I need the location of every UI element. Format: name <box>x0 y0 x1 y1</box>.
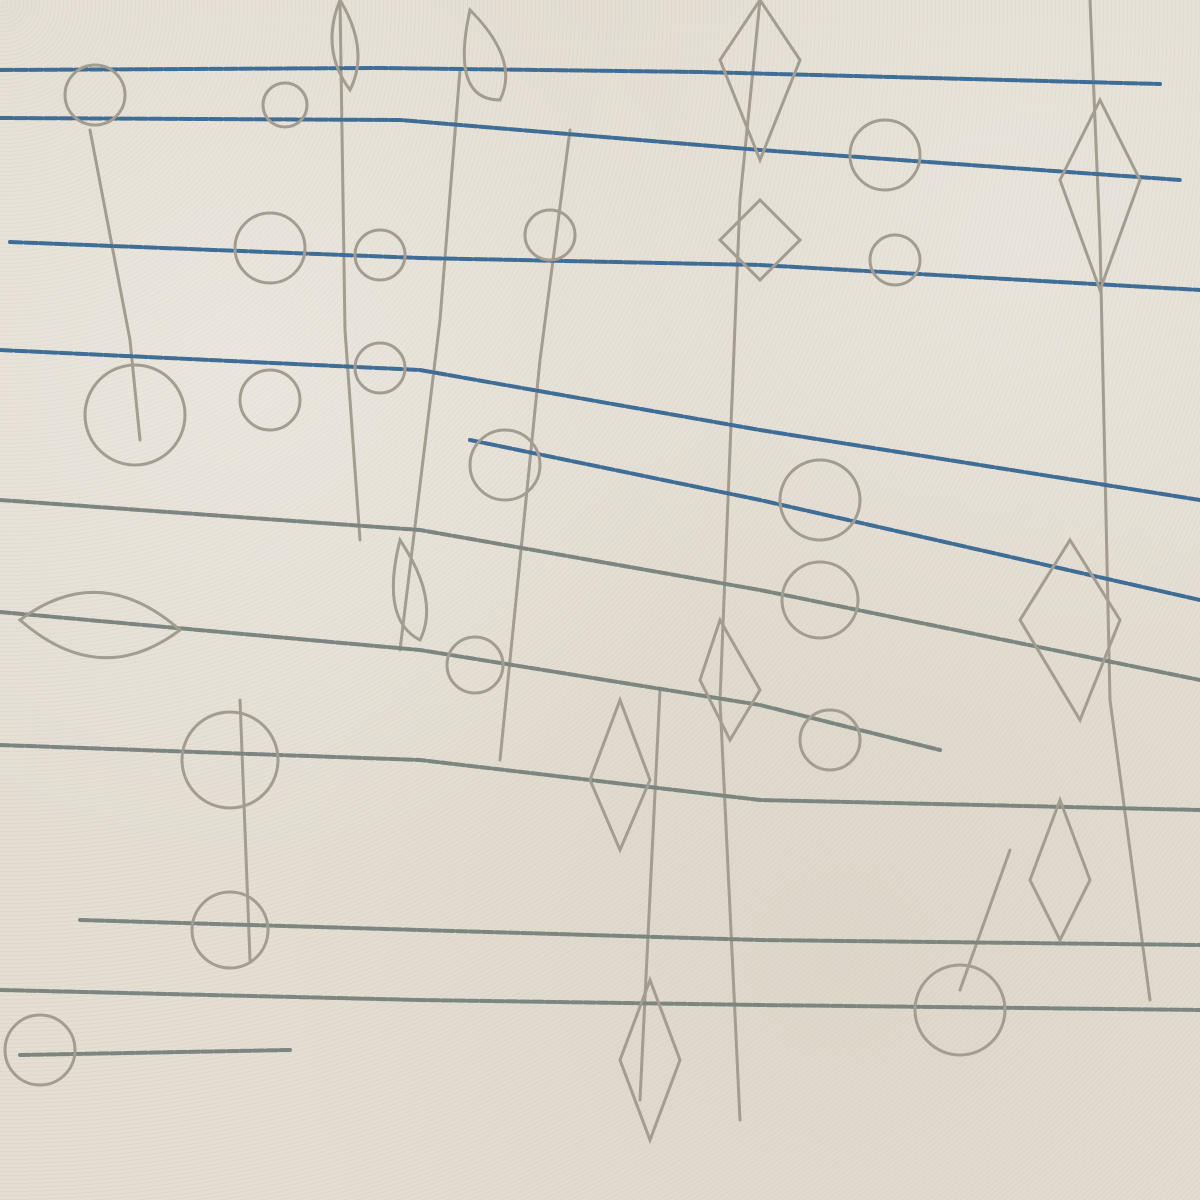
diamond-motif <box>1030 800 1090 940</box>
circle-motif <box>5 1015 75 1085</box>
diamond-motif <box>720 200 800 280</box>
stem-line <box>640 690 660 1100</box>
circle-motif <box>850 120 920 190</box>
grey-stitch-line <box>0 500 1200 680</box>
leaf-motif <box>393 540 426 640</box>
diamond-motif <box>1020 540 1120 720</box>
leaf-motif <box>464 10 505 100</box>
circle-motif <box>65 65 125 125</box>
circle-motif <box>782 562 858 638</box>
circle-motif <box>780 460 860 540</box>
circle-motif <box>240 370 300 430</box>
stem-line <box>1090 0 1150 1000</box>
circle-motif <box>182 712 278 808</box>
blue-stitch-line <box>0 350 1200 500</box>
blue-stitch-line <box>0 118 1180 180</box>
circle-motif <box>915 965 1005 1055</box>
circle-motif <box>870 235 920 285</box>
diamond-motif <box>700 620 760 740</box>
circle-motif <box>525 210 575 260</box>
stem-line <box>240 700 250 960</box>
stem-line <box>90 130 140 440</box>
stem-line <box>960 850 1010 990</box>
diamond-motif <box>590 700 650 850</box>
rug-photo <box>0 0 1200 1200</box>
grey-stitch-lines <box>0 500 1200 1055</box>
circle-motif <box>800 710 860 770</box>
diamond-motif <box>720 0 800 160</box>
blue-stitch-line <box>10 242 1200 290</box>
stem-line <box>400 70 460 650</box>
grey-stitch-line <box>0 990 1200 1010</box>
leaf-motif <box>332 0 358 90</box>
blue-stitch-lines <box>0 68 1200 600</box>
circle-motif <box>447 637 503 693</box>
grey-stitch-line <box>20 1050 290 1055</box>
rug-pattern <box>0 0 1200 1200</box>
blue-stitch-line <box>0 68 1160 84</box>
circle-motif <box>192 892 268 968</box>
circle-motif <box>235 213 305 283</box>
stem-line <box>720 0 760 1120</box>
